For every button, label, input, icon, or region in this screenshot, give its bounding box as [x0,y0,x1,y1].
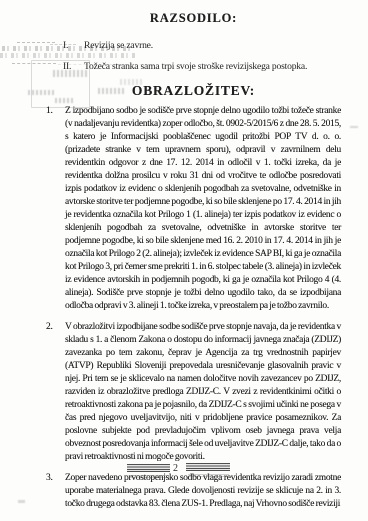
ruling-item-2: II. Tožeča stranka sama trpi svoje stroš… [63,61,341,73]
paragraph-number: 2. [46,321,65,464]
reasoning-paragraph-1: 1. Z izpodbijano sodbo je sodišče prve s… [46,105,341,313]
ruling-section-title: RAZSODILO: [46,11,341,26]
page-number: 2 [173,463,178,474]
scan-speck [350,126,358,128]
reasoning-section-title: OBRAZLOŽITEV: [46,83,341,99]
paragraph-text: Z izpodbijano sodbo je sodišče prve stop… [65,105,341,313]
scan-speck [18,500,25,503]
paragraph-number: 1. [46,105,65,313]
document-body: RAZSODILO: I. Revizija se zavrne. II. To… [46,11,341,519]
ruling-item-number: I. [63,40,84,52]
ruling-item-text: Revizija se zavrne. [84,40,153,52]
reasoning-paragraph-3: 3. Zoper navedeno prvostopenjsko sodbo v… [46,472,341,511]
paragraph-text: V obrazložitvi izpodbijane sodbe sodišče… [65,321,341,464]
reasoning-paragraph-2: 2. V obrazložitvi izpodbijane sodbe sodi… [46,321,341,464]
ruling-item-number: II. [63,61,84,73]
scanned-document-page: RAZSODILO: I. Revizija se zavrne. II. To… [0,0,368,521]
ruling-item-text: Tožeča stranka sama trpi svoje stroške r… [84,61,307,73]
paragraph-text: Zoper navedeno prvostopenjsko sodbo vlag… [65,472,341,511]
ruling-item-1: I. Revizija se zavrne. [63,40,341,52]
paragraph-number: 3. [46,472,65,511]
